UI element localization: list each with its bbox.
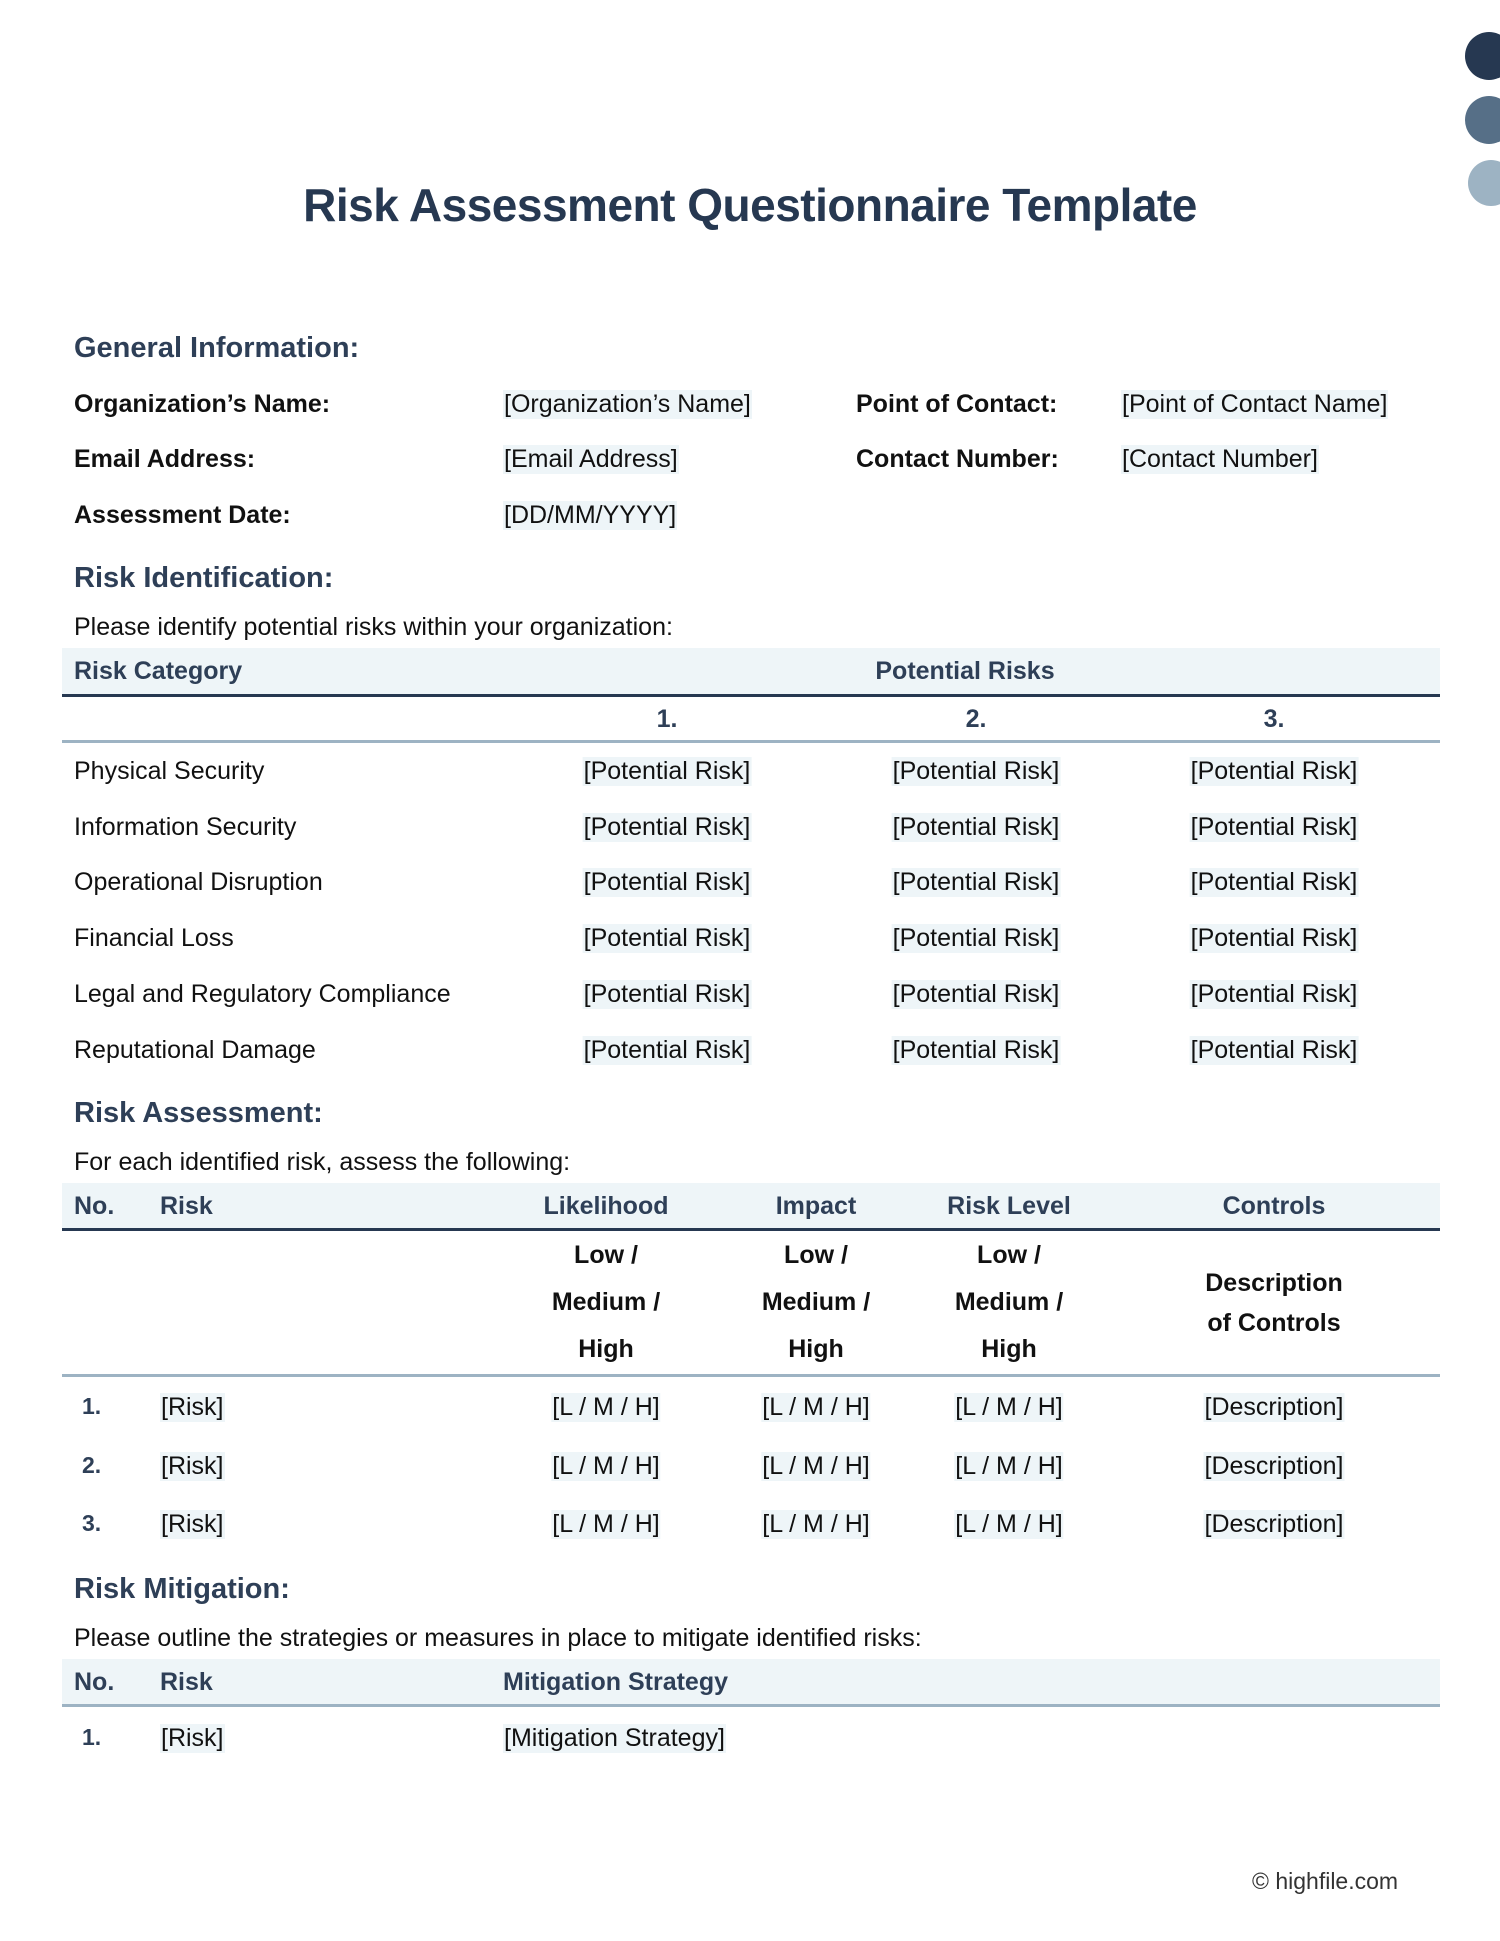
col-risk: Risk [160, 1192, 213, 1221]
col-potential-risks: Potential Risks [875, 657, 1054, 686]
potential-risk-field[interactable]: [Potential Risk] [1190, 868, 1359, 897]
controls-subheader-line-2: of Controls [1164, 1303, 1384, 1343]
decor-dot-medium [1465, 96, 1500, 144]
row-number: 2. [82, 1452, 101, 1479]
risk-category-cell: Legal and Regulatory Compliance [74, 980, 451, 1009]
potential-risk-field[interactable]: [Potential Risk] [1190, 924, 1359, 953]
copyright-footer: © highfile.com [1252, 1868, 1398, 1895]
controls-subheader: Description of Controls [1164, 1263, 1384, 1343]
col-no: No. [74, 1668, 114, 1697]
col-controls: Controls [1223, 1192, 1326, 1221]
potential-risk-field[interactable]: [Potential Risk] [892, 1036, 1061, 1065]
potential-risk-field[interactable]: [Potential Risk] [583, 813, 752, 842]
risk-field[interactable]: [Risk] [160, 1452, 225, 1481]
section-heading-identification: Risk Identification: [74, 562, 333, 595]
assessment-date-field[interactable]: [DD/MM/YYYY] [503, 501, 677, 530]
scale-high: High [526, 1326, 686, 1373]
org-name-field[interactable]: [Organization’s Name] [503, 390, 752, 419]
risk-category-cell: Reputational Damage [74, 1036, 316, 1065]
potential-risk-field[interactable]: [Potential Risk] [583, 980, 752, 1009]
controls-field[interactable]: [Description] [1204, 1510, 1345, 1539]
scale-high: High [736, 1326, 896, 1373]
page-title: Risk Assessment Questionnaire Template [0, 178, 1500, 232]
controls-subheader-line-1: Description [1164, 1263, 1384, 1303]
assessment-date-label: Assessment Date: [74, 501, 291, 530]
likelihood-field[interactable]: [L / M / H] [551, 1510, 660, 1539]
col-risk: Risk [160, 1668, 213, 1697]
scale-medium: Medium / [736, 1279, 896, 1326]
col-likelihood: Likelihood [544, 1192, 669, 1221]
subheader-rule [62, 740, 1440, 743]
email-field[interactable]: [Email Address] [503, 445, 679, 474]
assessment-intro: For each identified risk, assess the fol… [74, 1148, 570, 1177]
mitigation-table-header [62, 1659, 1440, 1705]
potential-risk-field[interactable]: [Potential Risk] [1190, 757, 1359, 786]
likelihood-subheader: Low / Medium / High [526, 1232, 686, 1373]
potential-risk-field[interactable]: [Potential Risk] [892, 980, 1061, 1009]
risk-level-field[interactable]: [L / M / H] [954, 1393, 1063, 1422]
risk-field[interactable]: [Risk] [160, 1510, 225, 1539]
likelihood-field[interactable]: [L / M / H] [551, 1452, 660, 1481]
email-label: Email Address: [74, 445, 255, 474]
risk-field[interactable]: [Risk] [160, 1393, 225, 1422]
org-name-label: Organization’s Name: [74, 390, 330, 419]
row-number: 1. [82, 1393, 101, 1420]
section-heading-mitigation: Risk Mitigation: [74, 1573, 290, 1606]
risk-level-field[interactable]: [L / M / H] [954, 1452, 1063, 1481]
row-number: 3. [82, 1510, 101, 1537]
col-risk-3: 3. [1264, 705, 1285, 734]
risk-field[interactable]: [Risk] [160, 1724, 225, 1753]
potential-risk-field[interactable]: [Potential Risk] [583, 757, 752, 786]
contact-label: Point of Contact: [856, 390, 1057, 419]
risk-category-cell: Information Security [74, 813, 296, 842]
header-rule [62, 694, 1440, 697]
col-risk-1: 1. [657, 705, 678, 734]
scale-low: Low / [929, 1232, 1089, 1279]
row-number: 1. [82, 1724, 101, 1751]
header-rule [62, 1704, 1440, 1707]
risk-level-subheader: Low / Medium / High [929, 1232, 1089, 1373]
risk-category-cell: Operational Disruption [74, 868, 323, 897]
potential-risk-field[interactable]: [Potential Risk] [583, 868, 752, 897]
potential-risk-field[interactable]: [Potential Risk] [583, 1036, 752, 1065]
header-rule [62, 1228, 1440, 1231]
risk-category-cell: Financial Loss [74, 924, 234, 953]
risk-category-cell: Physical Security [74, 757, 264, 786]
potential-risk-field[interactable]: [Potential Risk] [1190, 1036, 1359, 1065]
col-impact: Impact [776, 1192, 857, 1221]
potential-risk-field[interactable]: [Potential Risk] [892, 813, 1061, 842]
scale-medium: Medium / [526, 1279, 686, 1326]
impact-field[interactable]: [L / M / H] [761, 1452, 870, 1481]
col-mitigation-strategy: Mitigation Strategy [503, 1668, 728, 1697]
scale-low: Low / [736, 1232, 896, 1279]
section-heading-assessment: Risk Assessment: [74, 1097, 323, 1130]
section-heading-general: General Information: [74, 332, 359, 365]
risk-level-field[interactable]: [L / M / H] [954, 1510, 1063, 1539]
col-risk-2: 2. [966, 705, 987, 734]
contact-field[interactable]: [Point of Contact Name] [1121, 390, 1388, 419]
mitigation-strategy-field[interactable]: [Mitigation Strategy] [503, 1724, 726, 1753]
potential-risk-field[interactable]: [Potential Risk] [892, 868, 1061, 897]
col-risk-level: Risk Level [947, 1192, 1071, 1221]
potential-risk-field[interactable]: [Potential Risk] [892, 924, 1061, 953]
scale-medium: Medium / [929, 1279, 1089, 1326]
identification-intro: Please identify potential risks within y… [74, 613, 673, 642]
controls-field[interactable]: [Description] [1204, 1393, 1345, 1422]
decor-dot-dark [1465, 32, 1500, 80]
contact-number-field[interactable]: [Contact Number] [1121, 445, 1319, 474]
potential-risk-field[interactable]: [Potential Risk] [892, 757, 1061, 786]
col-risk-category: Risk Category [74, 657, 242, 686]
col-no: No. [74, 1192, 114, 1221]
impact-subheader: Low / Medium / High [736, 1232, 896, 1373]
scale-high: High [929, 1326, 1089, 1373]
scale-low: Low / [526, 1232, 686, 1279]
mitigation-intro: Please outline the strategies or measure… [74, 1624, 922, 1653]
contact-number-label: Contact Number: [856, 445, 1059, 474]
potential-risk-field[interactable]: [Potential Risk] [583, 924, 752, 953]
subheader-rule [62, 1374, 1440, 1377]
impact-field[interactable]: [L / M / H] [761, 1510, 870, 1539]
likelihood-field[interactable]: [L / M / H] [551, 1393, 660, 1422]
impact-field[interactable]: [L / M / H] [761, 1393, 870, 1422]
potential-risk-field[interactable]: [Potential Risk] [1190, 980, 1359, 1009]
potential-risk-field[interactable]: [Potential Risk] [1190, 813, 1359, 842]
identification-table-header [62, 648, 1440, 694]
controls-field[interactable]: [Description] [1204, 1452, 1345, 1481]
